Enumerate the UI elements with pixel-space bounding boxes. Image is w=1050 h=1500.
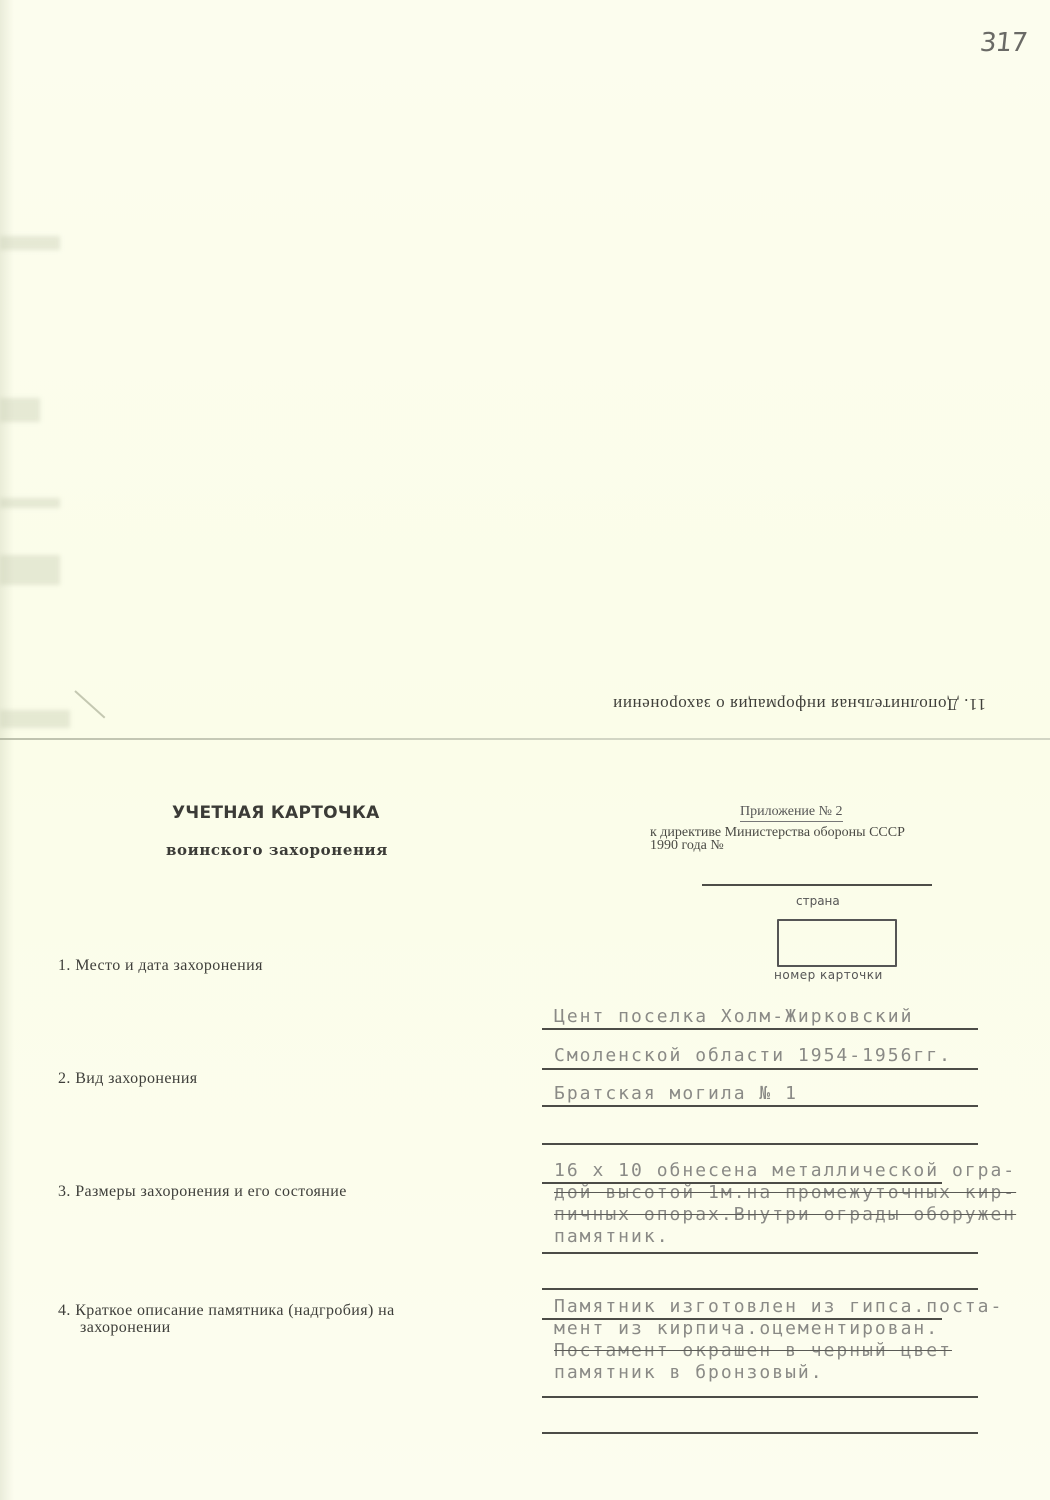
card-subtitle: воинского захоронения xyxy=(166,841,388,859)
field-2-label: 2. Вид захоронения xyxy=(58,1070,198,1087)
field-3-line-4: памятник. xyxy=(554,1226,670,1247)
field-2-line-1: Братская могила № 1 xyxy=(554,1083,798,1104)
scan-shadow xyxy=(0,398,40,422)
field-4-line-1: Памятник изготовлен из гипса.поста- xyxy=(554,1296,1003,1317)
country-field[interactable] xyxy=(702,884,932,886)
card-number-label: номер карточки xyxy=(774,968,883,982)
document-page: 317 11. Дополнительная информация о захо… xyxy=(0,0,1050,1500)
field-1-line-2: Смоленской области 1954-1956гг. xyxy=(554,1045,952,1066)
scan-shadow xyxy=(0,498,60,508)
field-4-rule-2[interactable] xyxy=(542,1396,978,1398)
field-3-rule-2[interactable] xyxy=(542,1252,978,1254)
section-11-label-upside-down: 11. Дополнительная информация о захороне… xyxy=(566,694,986,714)
card-title: УЧЕТНАЯ КАРТОЧКА xyxy=(172,803,380,823)
field-4-line-3: Постамент окрашен в черный цвет xyxy=(554,1340,952,1361)
field-1-rule-2[interactable] xyxy=(542,1068,978,1070)
directive-reference: к директиве Министерства обороны СССР 19… xyxy=(650,826,980,852)
field-1-label: 1. Место и дата захоронения xyxy=(58,957,263,974)
field-4-label-line-2: захоронении xyxy=(58,1319,395,1336)
field-4-rule-3[interactable] xyxy=(542,1432,978,1434)
field-4-label-line-1: 4. Краткое описание памятника (надгробия… xyxy=(58,1302,395,1319)
field-1-rule-1[interactable] xyxy=(542,1028,978,1030)
field-2-rule-2[interactable] xyxy=(542,1143,978,1145)
field-1-line-1: Цент поселка Холм-Жирковский xyxy=(554,1006,913,1027)
field-4-line-4: памятник в бронзовый. xyxy=(554,1362,824,1383)
card-number-box[interactable] xyxy=(777,919,897,967)
field-3-line-3: пичных опорах.Внутри ограды оборужен xyxy=(554,1204,1016,1225)
field-4-rule-0[interactable] xyxy=(542,1288,978,1290)
country-label: страна xyxy=(796,894,840,908)
scan-shadow xyxy=(0,710,70,728)
scan-shadow xyxy=(0,555,60,585)
appendix-label: Приложение № 2 xyxy=(740,804,843,822)
fold-crease xyxy=(74,690,105,718)
scan-shadow xyxy=(0,236,60,250)
field-3-line-2: дой высотой 1м.на промежуточных кир- xyxy=(554,1182,1016,1203)
field-4-label: 4. Краткое описание памятника (надгробия… xyxy=(58,1302,395,1336)
field-2-rule-1[interactable] xyxy=(542,1105,978,1107)
field-3-line-1: 16 х 10 обнесена металлической огра- xyxy=(554,1160,1016,1181)
field-4-line-2: мент из кирпича.оцементирован. xyxy=(554,1318,939,1339)
page-number: 317 xyxy=(978,28,1028,58)
directive-line-2: 1990 года № xyxy=(650,839,980,852)
field-3-label: 3. Размеры захоронения и его состояние xyxy=(58,1183,347,1200)
fold-line xyxy=(0,738,1050,740)
